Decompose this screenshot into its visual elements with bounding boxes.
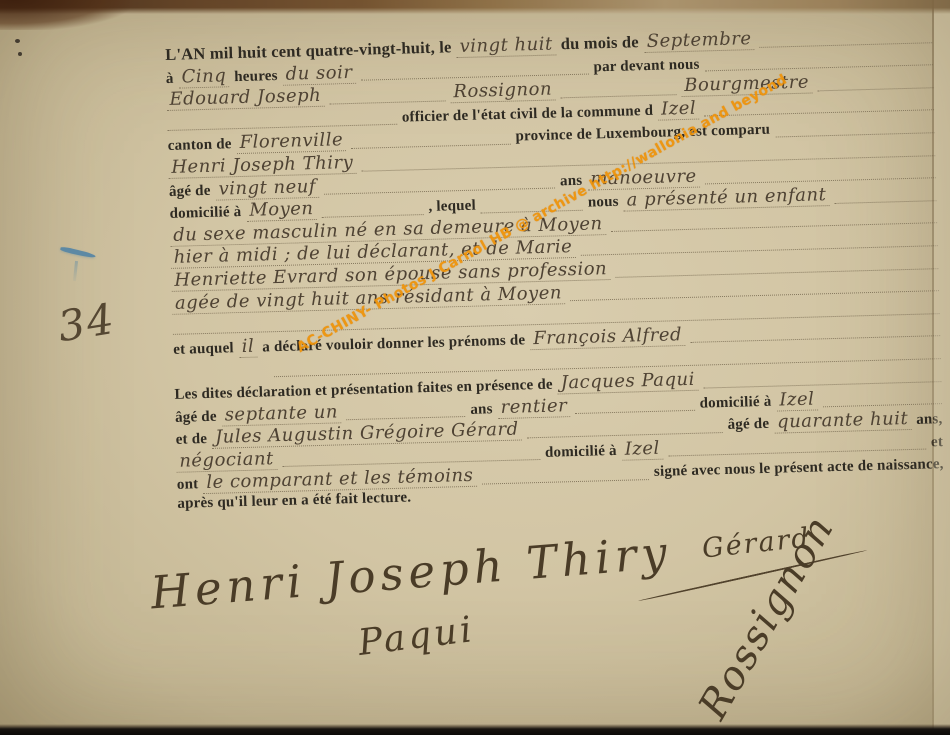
handwritten-entry: négociant [176, 448, 277, 473]
printed-form-text: heures [234, 68, 278, 86]
printed-form-text: domicilié à [169, 204, 241, 223]
handwritten-entry: François Alfred [530, 324, 685, 350]
handwritten-entry: Cinq [178, 65, 229, 88]
blank-rule [835, 200, 937, 204]
handwritten-entry: Izel [776, 388, 818, 411]
handwritten-entry: vingt huit [456, 33, 556, 58]
printed-form-text: nous [588, 194, 619, 212]
act-body: L'AN mil huit cent quatre-vingt-huit, le… [165, 23, 950, 518]
printed-form-text: ans [470, 401, 493, 419]
blank-rule [322, 214, 424, 218]
page-right-edge-line [932, 0, 934, 735]
book-top-edge-shadow [0, 0, 950, 14]
printed-form-text: canton de [168, 137, 232, 156]
printed-form-text: du mois de [560, 32, 639, 54]
handwritten-entry: Florenville [236, 130, 346, 155]
handwritten-entry: septante un [221, 401, 341, 426]
printed-form-text: , lequel [428, 198, 476, 216]
printed-form-text: ont [177, 477, 199, 495]
signature-declarant-thiry: Henri Joseph Thiry [149, 526, 674, 620]
handwritten-entry: Izel [621, 437, 663, 460]
handwritten-entry: il [238, 335, 257, 357]
page-right-strip [934, 0, 950, 735]
birth-register-scan: 34 L'AN mil huit cent quatre-vingt-huit,… [0, 0, 950, 735]
act-lines: L'AN mil huit cent quatre-vingt-huit, le… [165, 23, 950, 518]
ink-speck [15, 39, 20, 43]
handwritten-entry: Edouard Joseph [166, 85, 324, 111]
handwritten-entry: rentier [497, 395, 570, 419]
handwritten-entry: Izel [658, 97, 700, 120]
handwritten-entry: Septembre [643, 28, 754, 53]
handwritten-entry: du soir [282, 61, 355, 85]
book-corner-shadow [0, 0, 130, 30]
act-number: 34 [55, 294, 119, 351]
handwritten-entry: Jacques Paqui [557, 369, 698, 395]
handwritten-entry: quarante huit [774, 408, 912, 434]
printed-form-text: et auquel [173, 340, 234, 359]
printed-form-text: par devant nous [593, 56, 700, 76]
scan-bottom-shadow [0, 724, 950, 735]
ink-speck [18, 52, 22, 56]
handwritten-entry: Rossignon [450, 79, 555, 104]
printed-form-text: à [166, 70, 174, 87]
printed-form-text: et de [175, 431, 207, 449]
printed-form-text: âgé de [727, 416, 769, 434]
printed-form-text: domicilié à [699, 393, 771, 412]
handwritten-entry: Moyen [246, 198, 317, 222]
blue-pencil-mark [60, 246, 96, 259]
printed-form-text: âgé de [169, 182, 211, 200]
handwritten-entry: vingt neuf [215, 175, 319, 200]
signature-witness-paqui: Paqui [356, 609, 477, 664]
printed-form-text: âgé de [175, 408, 217, 426]
blue-pencil-mark-tail [73, 261, 78, 281]
printed-form-text: domicilié à [545, 443, 617, 462]
